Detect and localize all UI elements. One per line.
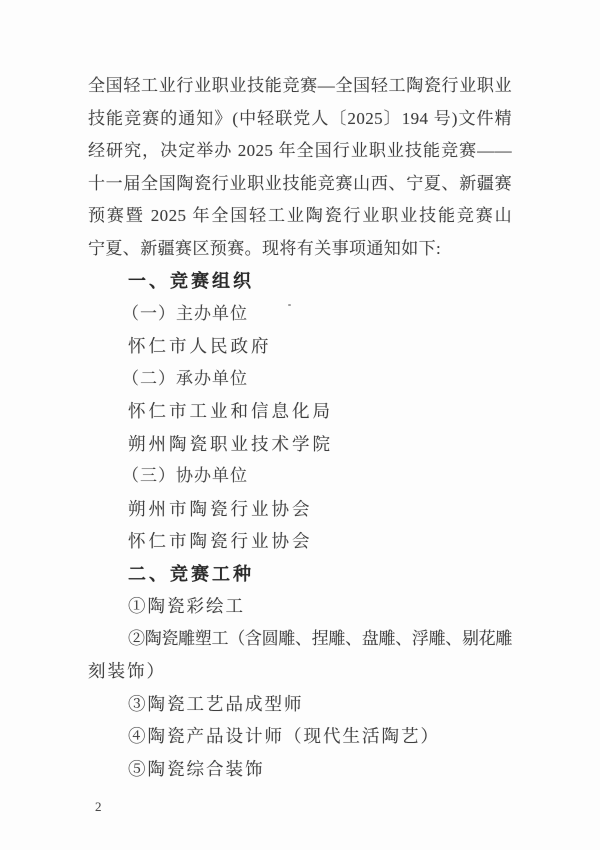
organizer-organization-1: 怀仁市工业和信息化局 — [88, 395, 512, 428]
document-body: 全国轻工业行业职业技能竞赛—全国轻工陶瓷行业职业 技能竞赛的通知》(中轻联党人〔… — [88, 70, 512, 785]
trade-item-2-line-2: 刻装饰） — [88, 655, 512, 688]
trade-item-4: ④陶瓷产品设计师（现代生活陶艺） — [88, 720, 512, 753]
section-2-heading: 二、竞赛工种 — [88, 558, 512, 591]
organizer-organization-2: 朔州陶瓷职业技术学院 — [88, 428, 512, 461]
trade-item-3: ③陶瓷工艺品成型师 — [88, 688, 512, 721]
section-1-heading: 一、竞赛组织 — [88, 265, 512, 298]
trade-item-1: ①陶瓷彩绘工 — [88, 590, 512, 623]
notice-intro-line-5: 预赛暨 2025 年全国轻工业陶瓷行业职业技能竞赛山西、 — [88, 200, 512, 233]
notice-intro-line-3: 经研究，决定举办 2025 年全国行业职业技能竞赛——第 — [88, 135, 512, 168]
subsection-1-label: （一）主办单位 — [88, 298, 512, 331]
trade-item-5: ⑤陶瓷综合装饰 — [88, 753, 512, 786]
notice-intro-line-6: 宁夏、新疆赛区预赛。现将有关事项通知如下: — [88, 233, 512, 266]
co-organizer-organization-1: 朔州市陶瓷行业协会 — [88, 493, 512, 526]
trade-item-2-line-1: ②陶瓷雕塑工（含圆雕、捏雕、盘雕、浮雕、剔花雕 — [88, 623, 512, 656]
host-organization: 怀仁市人民政府 — [88, 330, 512, 363]
co-organizer-organization-2: 怀仁市陶瓷行业协会 — [88, 525, 512, 558]
scan-ink-speck — [288, 304, 291, 306]
notice-intro-line-4: 十一届全国陶瓷行业职业技能竞赛山西、宁夏、新疆赛区 — [88, 168, 512, 201]
subsection-3-label: （三）协办单位 — [88, 460, 512, 493]
notice-intro-line-2: 技能竞赛的通知》(中轻联党人〔2025〕194 号)文件精神， — [88, 103, 512, 136]
notice-intro-line-1: 全国轻工业行业职业技能竞赛—全国轻工陶瓷行业职业 — [88, 70, 512, 103]
page-number: 2 — [95, 799, 102, 815]
subsection-2-label: （二）承办单位 — [88, 363, 512, 396]
document-page: 全国轻工业行业职业技能竞赛—全国轻工陶瓷行业职业 技能竞赛的通知》(中轻联党人〔… — [0, 0, 600, 850]
